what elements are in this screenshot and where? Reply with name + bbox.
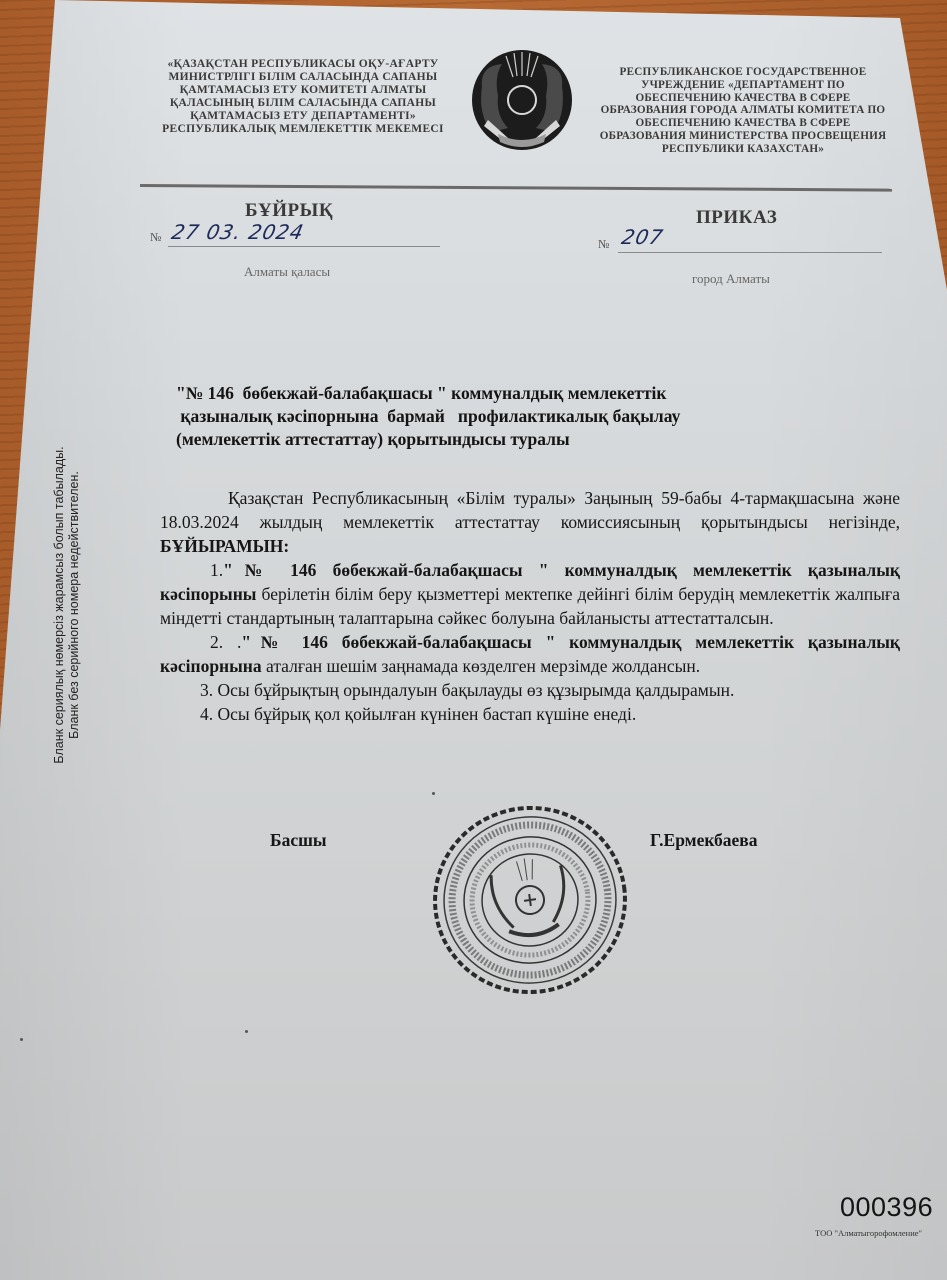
order-title-kazakh: БҰЙРЫҚ	[245, 200, 333, 222]
item-text: берілетін білім беру қызметтері мектепке…	[160, 584, 900, 628]
side-note-russian: Бланк без серийного номера недействителе…	[67, 410, 82, 800]
blank-serial-number: 000396	[840, 1192, 933, 1223]
official-seal-icon	[425, 800, 635, 1000]
blank-validity-note: Бланк сериялық нөмерсіз жарамсыз болып т…	[52, 410, 82, 800]
speck	[20, 1038, 23, 1041]
header-line: ҚАМТАМАСЫЗ ЕТУ КОМИТЕТІ АЛМАТЫ	[148, 84, 458, 97]
order-title-russian: ПРИКАЗ	[696, 207, 777, 229]
signatory-role: Басшы	[270, 830, 327, 851]
item-number: 2. .	[210, 632, 241, 652]
header-line: ҚАЛАСЫНЫҢ БІЛІМ САЛАСЫНДА САПАНЫ	[148, 97, 458, 110]
header-line: МИНИСТРЛІГІ БІЛІМ САЛАСЫНДА САПАНЫ	[148, 71, 458, 84]
item-text: Осы бұйрықтың орындалуын бақылауды өз құ…	[213, 680, 734, 700]
item-text: Осы бұйрық қол қойылған күнінен бастап к…	[213, 704, 636, 724]
number-label-right: №	[598, 237, 609, 252]
signatory-name: Г.Ермекбаева	[650, 830, 757, 851]
date-underline	[168, 246, 440, 247]
city-russian: город Алматы	[692, 271, 770, 287]
order-item-3: 3. Осы бұйрықтың орындалуын бақылауды өз…	[160, 678, 900, 702]
order-item-4: 4. Осы бұйрық қол қойылған күнінен баста…	[160, 702, 900, 726]
handwritten-order-number: 207	[619, 225, 665, 249]
side-note-kazakh: Бланк сериялық нөмерсіз жарамсыз болып т…	[52, 410, 67, 800]
item-text: аталған шешім заңнамада көзделген мерзім…	[262, 656, 700, 676]
item-number: 1.	[210, 560, 223, 580]
header-line: ОБРАЗОВАНИЯ ГОРОДА АЛМАТЫ КОМИТЕТА ПО	[588, 104, 898, 117]
header-line: РЕСПУБЛИКАЛЫҚ МЕМЛЕКЕТТІК МЕКЕМЕСІ	[148, 123, 458, 136]
header-kazakh-institution: «ҚАЗАҚСТАН РЕСПУБЛИКАСЫ ОҚУ-АҒАРТУ МИНИС…	[148, 58, 458, 136]
header-line: ОБЕСПЕЧЕНИЮ КАЧЕСТВА В СФЕРЕ	[588, 117, 898, 130]
subject-line: "№ 146 бөбекжай-балабақшасы " коммуналды…	[176, 382, 816, 405]
header-line: УЧРЕЖДЕНИЕ «ДЕПАРТАМЕНТ ПО	[588, 79, 898, 92]
order-body: Қазақстан Республикасының «Білім туралы»…	[160, 486, 900, 726]
subject-line: қазыналық кәсіпорнына бармай профилактик…	[176, 405, 816, 428]
header-line: ОБЕСПЕЧЕНИЮ КАЧЕСТВА В СФЕРЕ	[588, 92, 898, 105]
order-subject: "№ 146 бөбекжай-балабақшасы " коммуналды…	[176, 382, 816, 451]
header-line: РЕСПУБЛИКАНСКОЕ ГОСУДАРСТВЕННОЕ	[588, 66, 898, 79]
printer-imprint: ТОО "Алматыгорофомление"	[815, 1228, 922, 1238]
speck	[245, 1030, 248, 1033]
header-line: РЕСПУБЛИКИ КАЗАХСТАН»	[588, 143, 898, 156]
order-item-2: 2. ."№ 146 бөбекжай-балабақшасы " коммун…	[160, 630, 900, 678]
state-emblem-icon	[468, 46, 576, 154]
header-line: «ҚАЗАҚСТАН РЕСПУБЛИКАСЫ ОҚУ-АҒАРТУ	[148, 58, 458, 71]
subject-line: (мемлекеттік аттестаттау) қорытындысы ту…	[176, 428, 816, 451]
number-label-left: №	[150, 230, 161, 245]
item-number: 3.	[200, 680, 213, 700]
handwritten-date: 27 03. 2024	[169, 220, 306, 244]
city-kazakh: Алматы қаласы	[244, 264, 330, 280]
order-item-1: 1."№ 146 бөбекжай-балабақшасы " коммунал…	[160, 558, 900, 630]
header-russian-institution: РЕСПУБЛИКАНСКОЕ ГОСУДАРСТВЕННОЕ УЧРЕЖДЕН…	[588, 66, 898, 156]
header-line: ОБРАЗОВАНИЯ МИНИСТЕРСТВА ПРОСВЕЩЕНИЯ	[588, 130, 898, 143]
command-word: БҰЙЫРАМЫН:	[160, 536, 289, 556]
header-line: ҚАМТАМАСЫЗ ЕТУ ДЕПАРТАМЕНТІ»	[148, 110, 458, 123]
item-number: 4.	[200, 704, 213, 724]
preamble-text: Қазақстан Республикасының «Білім туралы»…	[160, 488, 900, 532]
speck	[432, 792, 435, 795]
number-underline	[618, 252, 882, 253]
preamble: Қазақстан Республикасының «Білім туралы»…	[160, 486, 900, 558]
